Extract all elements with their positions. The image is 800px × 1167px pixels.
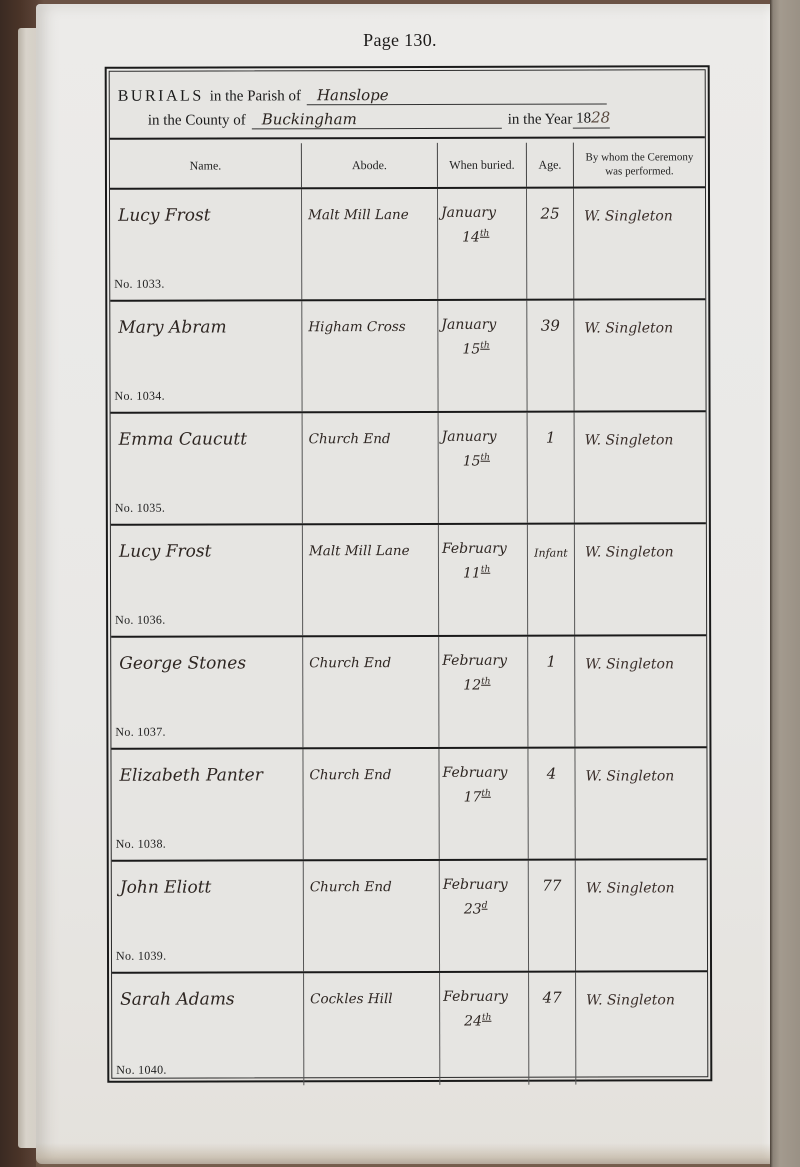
officiant-cell: W. Singleton [575,524,706,634]
age-cell: 1 [528,637,575,747]
entry-month: January [441,205,496,221]
column-header-when-buried: When buried. [438,143,527,187]
page-number: Page 130. [0,30,800,51]
entry-month: January [442,429,497,445]
entry-name: Elizabeth Panter [120,765,263,785]
entry-day: 24th [464,1013,491,1030]
entry-abode: Church End [309,431,391,447]
entry-officiant: W. Singleton [586,880,675,896]
entry-age: 39 [527,317,573,335]
entry-age: 4 [528,765,574,783]
name-cell: George Stones No. 1037. [111,637,303,748]
entry-number: No. 1038. [116,837,166,852]
entry-abode: Church End [310,879,392,895]
when-buried-cell: January 15th [439,413,528,523]
year-handwritten: 28 [591,108,610,126]
name-cell: Sarah Adams No. 1040. [112,973,304,1086]
parish-line: BURIALS in the Parish of Hanslope [118,80,705,106]
column-header-abode: Abode. [302,143,438,187]
entry-abode: Malt Mill Lane [308,207,409,223]
entry-day: 12th [463,677,490,694]
entry-abode: Malt Mill Lane [309,543,410,559]
entry-number: No. 1034. [115,389,165,404]
entry-abode: Church End [310,767,392,783]
abode-cell: Malt Mill Lane [303,525,439,635]
entry-officiant: W. Singleton [586,768,675,784]
age-cell: 77 [529,861,576,971]
entry-age: 25 [527,205,573,223]
entry-officiant: W. Singleton [586,992,675,1008]
entry-officiant: W. Singleton [585,544,674,560]
entry-name: Lucy Frost [119,542,212,562]
entry-name: Lucy Frost [118,206,211,226]
entry-month: February [443,989,508,1005]
abode-cell: Higham Cross [302,301,438,411]
when-buried-cell: February 12th [439,637,528,747]
officiant-cell: W. Singleton [574,300,705,410]
entry-number: No. 1033. [114,277,164,292]
table-row: Elizabeth Panter No. 1038. Church End Fe… [111,748,706,862]
table-row: Sarah Adams No. 1040. Cockles Hill Febru… [112,972,707,1086]
entry-age: 47 [529,989,575,1007]
entry-name: Sarah Adams [120,989,235,1009]
abode-cell: Church End [303,413,439,523]
entry-number: No. 1039. [116,949,166,964]
column-header-name: Name. [110,143,302,188]
entry-number: No. 1037. [115,725,165,740]
year-printed: 18 [576,111,591,127]
name-cell: Lucy Frost No. 1033. [110,189,302,300]
name-cell: Emma Caucutt No. 1035. [111,413,303,524]
age-cell: 4 [528,749,575,859]
age-cell: 47 [529,973,576,1085]
when-buried-cell: January 14th [438,189,527,299]
page-bottom-stain [36,1143,772,1167]
abode-cell: Church End [303,637,439,747]
entry-age: 77 [529,877,575,895]
entry-officiant: W. Singleton [584,208,673,224]
burials-title: BURIALS [118,88,204,106]
entry-name: Mary Abram [118,317,226,337]
entry-name: John Eliott [120,878,212,898]
name-cell: Mary Abram No. 1034. [110,301,302,412]
entry-month: February [442,653,507,669]
entry-month: February [443,877,508,893]
entry-age: Infant [528,547,574,560]
parish-prefix: in the Parish of [210,88,301,105]
table-row: John Eliott No. 1039. Church End Februar… [112,860,707,974]
year-value: 1828 [572,108,610,128]
entry-number: No. 1036. [115,613,165,628]
entry-age: 1 [528,653,574,671]
column-headers: Name. Abode. When buried. Age. By whom t… [110,142,705,190]
table-row: George Stones No. 1037. Church End Febru… [111,636,706,750]
table-row: Lucy Frost No. 1033. Malt Mill Lane Janu… [110,188,705,302]
entry-abode: Church End [309,655,391,671]
officiant-cell: W. Singleton [576,972,707,1084]
entry-month: January [441,317,496,333]
entry-number: No. 1040. [116,1063,166,1078]
entry-day: 15th [462,341,489,358]
column-header-by-whom: By whom the Ceremony was performed. [574,142,705,186]
county-line: in the County of Buckingham in the Year … [118,104,705,130]
entry-day: 14th [462,229,489,246]
entry-age: 1 [528,429,574,447]
officiant-cell: W. Singleton [574,188,705,298]
entry-abode: Cockles Hill [310,991,392,1007]
entry-officiant: W. Singleton [584,320,673,336]
table-row: Mary Abram No. 1034. Higham Cross Januar… [110,300,705,414]
age-cell: 1 [528,413,575,523]
entry-day: 17th [464,789,491,806]
parish-value: Hanslope [307,85,607,105]
age-cell: Infant [528,525,575,635]
entry-officiant: W. Singleton [585,656,674,672]
name-cell: John Eliott No. 1039. [112,861,304,972]
officiant-cell: W. Singleton [575,636,706,746]
entry-officiant: W. Singleton [585,432,674,448]
entry-name: George Stones [119,653,246,673]
age-cell: 39 [527,301,574,411]
entry-day: 23d [464,901,488,918]
entry-day: 15th [463,453,490,470]
name-cell: Lucy Frost No. 1036. [111,525,303,636]
entry-month: February [442,765,507,781]
column-header-age: Age. [527,143,574,187]
when-buried-cell: February 24th [440,973,529,1085]
abode-cell: Church End [304,861,440,971]
name-cell: Elizabeth Panter No. 1038. [111,749,303,860]
table-row: Emma Caucutt No. 1035. Church End Januar… [111,412,706,526]
county-prefix: in the County of [148,112,246,129]
table-row: Lucy Frost No. 1036. Malt Mill Lane Febr… [111,524,706,638]
when-buried-cell: February 17th [439,749,528,859]
book-spine [770,0,800,1167]
when-buried-cell: February 11th [439,525,528,635]
entry-abode: Higham Cross [308,319,405,335]
year-prefix: in the Year [508,112,573,129]
county-value: Buckingham [252,110,502,130]
register-heading: BURIALS in the Parish of Hanslope in the… [110,70,705,140]
officiant-cell: W. Singleton [575,748,706,858]
officiant-cell: W. Singleton [575,412,706,522]
abode-cell: Church End [303,749,439,859]
when-buried-cell: February 23d [440,861,529,971]
entry-month: February [442,541,507,557]
burial-register-table: BURIALS in the Parish of Hanslope in the… [105,65,713,1083]
entry-day: 11th [463,565,490,582]
entry-name: Emma Caucutt [119,429,247,449]
abode-cell: Cockles Hill [304,973,440,1085]
entry-number: No. 1035. [115,501,165,516]
age-cell: 25 [527,189,574,299]
officiant-cell: W. Singleton [576,860,707,970]
when-buried-cell: January 15th [438,301,527,411]
abode-cell: Malt Mill Lane [302,189,438,299]
entry-rows: Lucy Frost No. 1033. Malt Mill Lane Janu… [110,188,707,1086]
